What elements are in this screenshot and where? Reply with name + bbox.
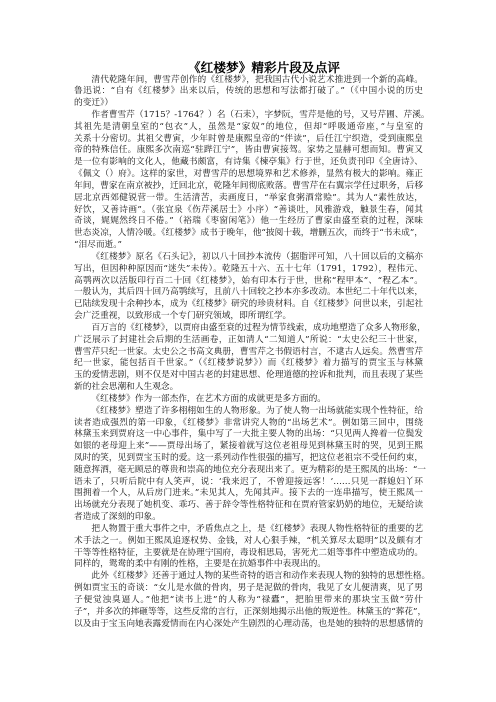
text-line: 《红楼梦》原名《石头记》，初以八十回抄本流传（据脂评可知，八十回以后的文稿亦 xyxy=(74,252,423,264)
text-line: “泪尽而逝。” xyxy=(74,240,423,252)
text-line: 者造成了深刻的印象。 xyxy=(74,512,423,524)
paragraph-events: 把人物置于重大事件之中，矛盾焦点之上，是《红楼梦》表现人物性格特征的重要的艺 术… xyxy=(74,524,423,571)
document-page: 《红楼梦》精彩片段及点评 清代乾隆年间，曹雪芹创作的《红楼梦》，把我国古代小说艺… xyxy=(0,0,496,702)
text-line: 曹雪芹只纪一世家。太史公之书高文典册，曹雪芹之书假语村言，不逮古人远矣。然曹雪芹 xyxy=(74,347,423,359)
text-line: 《红楼梦》塑造了许多栩栩如生的人物形象。为了使人物一出场就能实现个性特征，给 xyxy=(74,406,423,418)
text-line: 好饮，又善诗画”。（张宜泉《伤芹溪居士》小序）“善谈吐，风雅游戏，触景生春，闻其 xyxy=(74,205,423,217)
text-line: 把人物置于重大事件之中，矛盾焦点之上，是《红楼梦》表现人物性格特征的重要的艺 xyxy=(74,524,423,536)
text-line: 子便觉浊臭逼人。”他把“读书上进”的人称为“禄蠹”，把胎里带来的那块宝玉做“劳什 xyxy=(74,595,423,607)
text-line: 年间，曹家在南京被抄，迁回北京，乾隆年间彻底败落。曹雪芹在右翼宗学任过职务，后移 xyxy=(74,181,423,193)
text-line: 林黛玉来到贾府这一中心事件，集中写了一大批主要人物的出场：“只见两人搀着一位鬓发 xyxy=(74,429,423,441)
text-line: 干等等性格特征，主要就是在协理宁国府，毒设相思局，害死尤二姐等事件中塑造成功的。 xyxy=(74,548,423,560)
text-line: 清代乾隆年间，曹雪芹创作的《红楼梦》，把我国古代小说艺术推进到一个新的高峰。 xyxy=(74,75,423,87)
text-line: 围拥着一个人，从后房门进来。”未见其人，先闻其声。接下去的一连串描写，使王熙凤一 xyxy=(74,488,423,500)
text-line: 语未了，只听后院中有人笑声，说：‘我来迟了，不曾迎接远客！’……只见一群媳妇丫环 xyxy=(74,477,423,489)
text-line: 会广泛重视，以致形成一个专门研究领域，即所谓红学。 xyxy=(74,311,423,323)
text-line: 如银的老母迎上来”——贾母出场了，紧接着就写这位老祖母见到林黛玉时的哭，见到王熙 xyxy=(74,441,423,453)
text-line: 帝的特殊信任。康熙多次南巡“驻跸江宁”，皆由曹寅接驾。家势之显赫可想而知。曹寅又 xyxy=(74,145,423,157)
text-line: 广泛展示了封建社会后期的生活画卷，正如清人“二知道人”所说：“太史公纪三十世家， xyxy=(74,335,423,347)
text-line: 作者曹雪芹（1715？-1764？）名（石耒），字梦阮，雪芹是他的号，又号芹圃、… xyxy=(74,110,423,122)
text-line: 随意挥洒，毫无顾忌的尊贵和崇高的地位充分表现出来了。更为精彩的是王熙凤的出场：“… xyxy=(74,465,423,477)
text-line: 一般认为，其后四十回乃高鹗续写，且前八十回较之抄本亦多改动。本世纪二十年代以来， xyxy=(74,287,423,299)
text-line: 是一位有影响的文化人，他藏书颇富，有诗集《楝亭集》行于世，还负责刊印《全唐诗》、 xyxy=(74,157,423,169)
paragraph-author: 作者曹雪芹（1715？-1764？）名（石耒），字梦阮，雪芹是他的号，又号芹圃、… xyxy=(74,110,423,252)
text-line: 写出，但因种种原因而“迷失”未传）。乾隆五十六、五十七年（1791，1792），… xyxy=(74,264,423,276)
text-line: 百万言的《红楼梦》，以贾府由盛至衰的过程为情节线索，成功地塑造了众多人物形象， xyxy=(74,323,423,335)
text-line: 术手法之一。例如王熙凤追逐权势、金钱，对人心狠手辣，“机关算尽太聪明”以及颇有才 xyxy=(74,536,423,548)
document-body: 清代乾隆年间，曹雪芹创作的《红楼梦》，把我国古代小说艺术推进到一个新的高峰。 鲁… xyxy=(74,75,423,631)
text-line: 其祖先是清朝皇室的“包衣”人，虽然是“家奴”的地位，但却“呼吸通帝座，”与皇室的 xyxy=(74,122,423,134)
text-line: 以及由于宝玉向她表露爱情而在内心深处产生剧烈的心理动荡，也是她的独特的思想感情的 xyxy=(74,619,423,631)
document-title: 《红楼梦》精彩片段及点评 xyxy=(188,61,340,75)
text-line: 《红楼梦》作为一部杰作，在艺术方面的成就更是多方面的。 xyxy=(74,394,423,406)
text-line: 玉的爱情悲剧，则不仅是对中国古老的封建思想、伦理道德的控诉和批判，而且表现了某些 xyxy=(74,370,423,382)
text-line: 凤时的笑，见到贾宝玉时的爱。这一系列动作性很强的描写，把这位老祖宗不受任何约束， xyxy=(74,453,423,465)
paragraph-language: 此外《红楼梦》还善于通过人物的某些奇特的语言和动作来表现人物的独特的思想性格。 … xyxy=(74,571,423,630)
text-line: 出场就充分表现了她机变、乖巧、善于辞令等性格特征和在贾府管家奶奶的地位，无疑给读 xyxy=(74,500,423,512)
paragraph-art-summary: 《红楼梦》作为一部杰作，在艺术方面的成就更是多方面的。 xyxy=(74,394,423,406)
text-line: 《佩文（）府》。这样的家世，对曹雪芹的思想境界和艺术修养，显然有极大的影响。雍正 xyxy=(74,169,423,181)
text-line: 此外《红楼梦》还善于通过人物的某些奇特的语言和动作来表现人物的独特的思想性格。 xyxy=(74,571,423,583)
text-line: 纪一世家，能包括百千世家。”（《红楼梦说梦》）而《红楼梦》着力描写的贾宝玉与林黛 xyxy=(74,358,423,370)
text-line: 世态炎凉，人情冷暖。《红楼梦》成书于晚年，他“披阅十载，增删五次，而终于“书未成… xyxy=(74,228,423,240)
text-line: 已陆续发现十余种抄本，成为《红楼梦》研究的珍贵材料。自《红楼梦》问世以来，引起社 xyxy=(74,299,423,311)
text-line: 子”，并多次的摔砸等等，这些反常的言行，正深刻地揭示出他的叛逆性。林黛玉的“葬花… xyxy=(74,607,423,619)
text-line: 读者造成强烈的第一印象，《红楼梦》非常讲究人物的“出场艺术”。例如第三回中，围绕 xyxy=(74,418,423,430)
text-line: 的变迁》） xyxy=(74,98,423,110)
text-line: 居北京西郊健锐营一带。生活清苦，卖画度日，“举家食粥酒常赊”。其为人“素性放达， xyxy=(74,193,423,205)
text-line: 关系十分密切。其祖父曹寅，少年时曾是康熙皇帝的“伴读”，后任江宁织造，受到康熙皇 xyxy=(74,134,423,146)
text-line: 奇谈，娓娓然终日不倦。”（裕瑞《枣窗闲笔》）他一生经历了曹家由盛至衰的过程，深味 xyxy=(74,216,423,228)
text-line: 鲁迅说：“自有《红楼梦》出来以后，传统的思想和写法都打破了。”（《中国小说的历史 xyxy=(74,86,423,98)
text-line: 高鹗两次以活版印行百二十回《红楼梦》，始有印本行于世，世称“程甲本”、“程乙本”… xyxy=(74,276,423,288)
text-line: 新的社会思潮和人生观念。 xyxy=(74,382,423,394)
paragraph-characters: 《红楼梦》塑造了许多栩栩如生的人物形象。为了使人物一出场就能实现个性特征，给 读… xyxy=(74,406,423,524)
text-line: 例如贾宝玉的奇谈：“女儿是水做的骨肉，男子是泥做的骨肉，我见了女儿便清爽，见了男 xyxy=(74,583,423,595)
paragraph-themes: 百万言的《红楼梦》，以贾府由盛至衰的过程为情节线索，成功地塑造了众多人物形象， … xyxy=(74,323,423,394)
paragraph-versions: 《红楼梦》原名《石头记》，初以八十回抄本流传（据脂评可知，八十回以后的文稿亦 写… xyxy=(74,252,423,323)
paragraph-intro: 清代乾隆年间，曹雪芹创作的《红楼梦》，把我国古代小说艺术推进到一个新的高峰。 鲁… xyxy=(74,75,423,110)
text-line: 同样的，鸳鸯的柔中有刚的性格，主要是在抗婚事件中表现出的。 xyxy=(74,559,423,571)
